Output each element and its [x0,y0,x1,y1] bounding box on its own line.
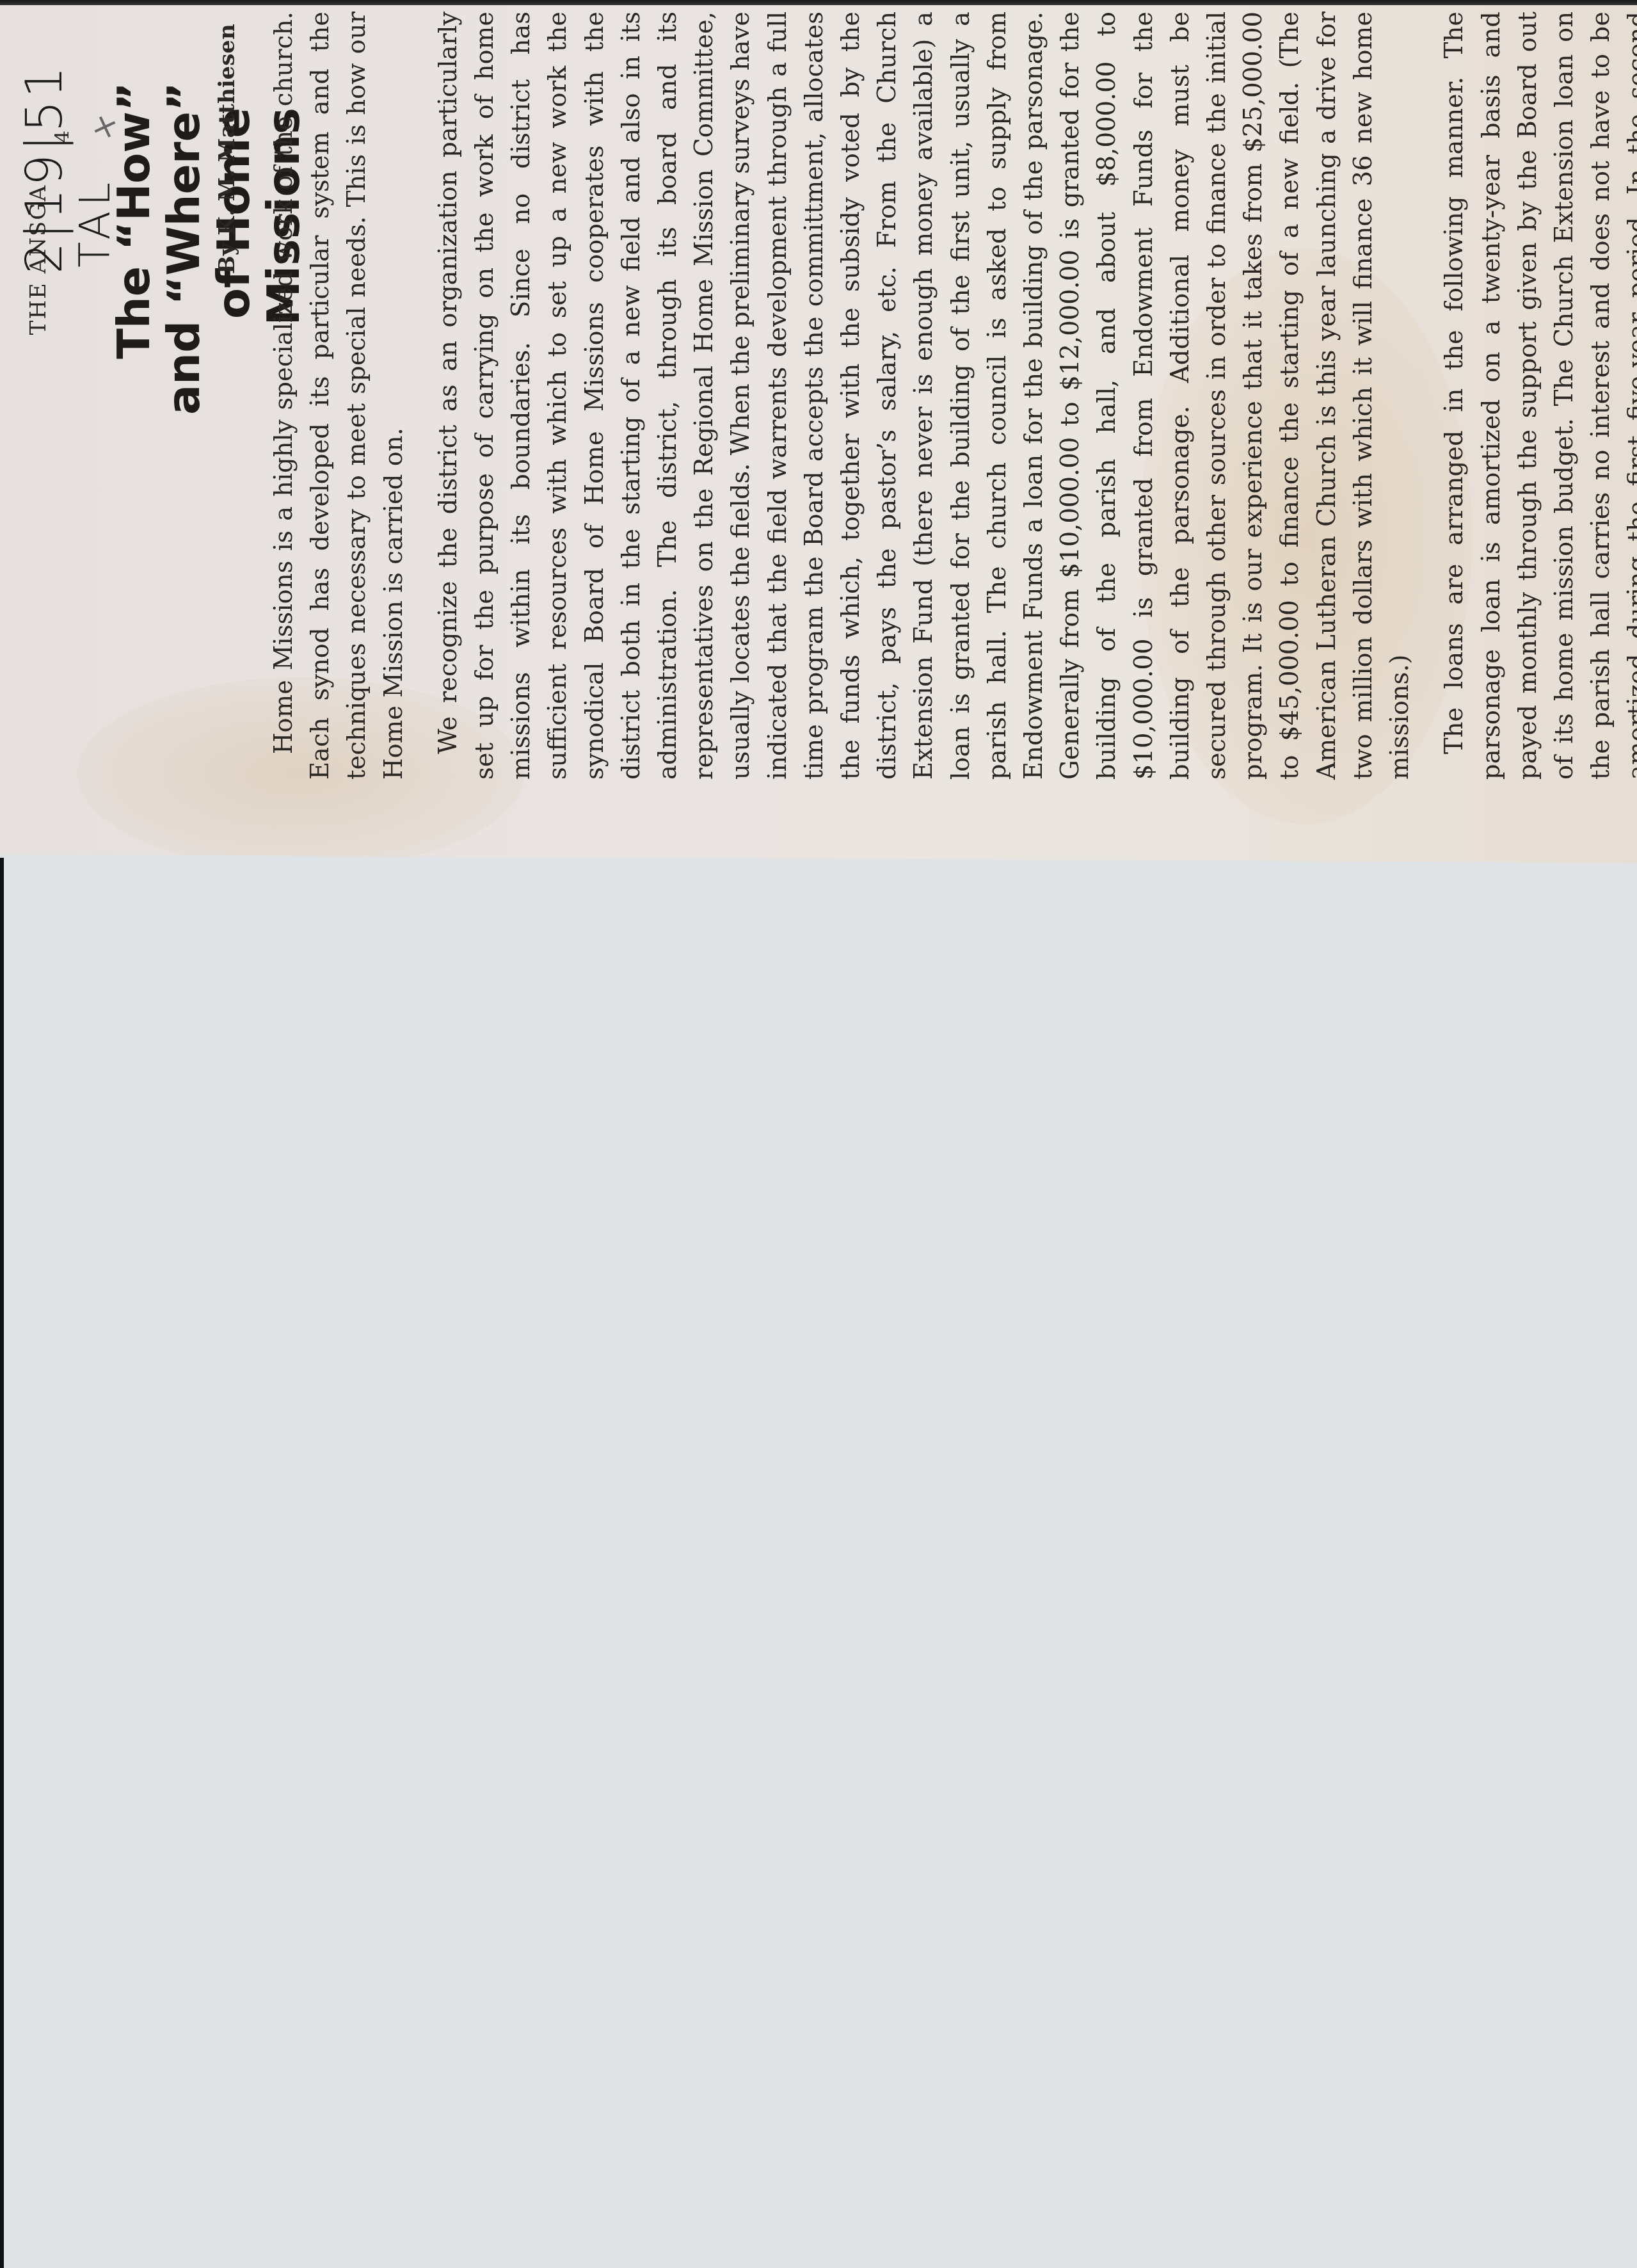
paragraph: The loans are arranged in the following … [1436,12,1637,780]
paragraph: Home Missions is a highly specialized wo… [266,12,412,780]
page-header: THE ANSGA 4 × 2|19|51 TAL [0,5,102,863]
byline: By K. M. Matthiesen [214,24,240,274]
article-body: Home Missions is a highly specialized wo… [266,12,1637,780]
paragraph: We recognize the district as an organiza… [430,12,1418,780]
article-title-line1: The “How” and “Where” [108,82,210,415]
handwritten-date: 2|19|51 [16,63,74,274]
article: THE ANSGA 4 × 2|19|51 TAL The “How” and … [0,5,1637,863]
scanner-edge [0,858,4,2268]
newspaper-clipping: THE ANSGA 4 × 2|19|51 TAL The “How” and … [0,5,1637,863]
